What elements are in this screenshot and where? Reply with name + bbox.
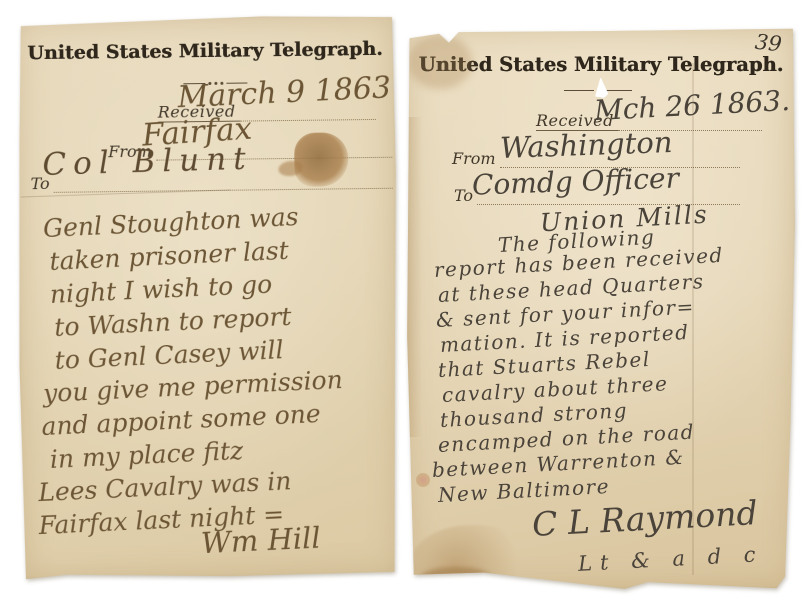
photo-background: United States Military Telegraph. Receiv… — [0, 0, 805, 600]
dotted-rule — [54, 187, 393, 193]
telegram-left: United States Military Telegraph. Receiv… — [15, 14, 402, 581]
telegram-right: United States Military Telegraph. 39 Rec… — [406, 27, 796, 590]
from-value: Washington — [499, 125, 673, 165]
ornament-line — [564, 90, 594, 91]
telegram-left-paper: United States Military Telegraph. Receiv… — [15, 14, 402, 581]
telegram-right-paper: United States Military Telegraph. 39 Rec… — [406, 27, 796, 590]
message-body: Genl Stoughton was taken prisoner last n… — [35, 208, 387, 542]
to-value: Col Blunt — [42, 141, 253, 183]
letterhead-title: United States Military Telegraph. — [15, 38, 395, 65]
letterhead-title: United States Military Telegraph. — [406, 53, 796, 76]
signature-title: Lt & a d c — [577, 542, 764, 576]
from-label: From — [452, 149, 500, 168]
water-stain — [410, 525, 526, 600]
water-stain — [418, 567, 494, 597]
signature: Wm Hill — [200, 521, 321, 561]
page-number: 39 — [754, 30, 783, 57]
dotted-rule — [240, 118, 376, 122]
message-body: The following report has been received a… — [420, 233, 782, 508]
